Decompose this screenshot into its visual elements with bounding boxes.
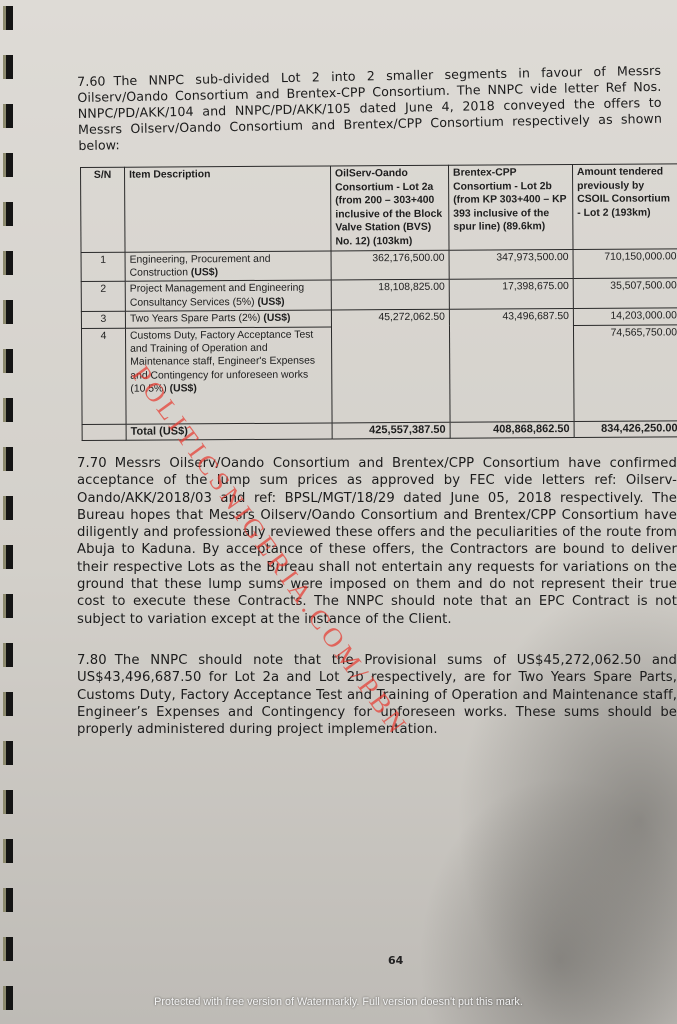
cell-description: Two Years Spare Parts (2%) (US$) xyxy=(125,310,331,328)
total-csoil: 834,426,250.00 xyxy=(574,420,677,437)
binding-hole xyxy=(3,251,13,275)
cell-csoil: 710,150,000.00 xyxy=(573,248,677,278)
page-number: 64 xyxy=(388,954,403,967)
binding-hole xyxy=(3,741,13,765)
cell-sn: 1 xyxy=(81,252,125,282)
header-sn: S/N xyxy=(81,167,126,252)
binding-hole xyxy=(3,6,13,30)
binding-hole xyxy=(3,545,13,569)
binding-hole xyxy=(3,643,13,667)
cell-lot2a: 45,272,062.50 xyxy=(331,309,450,422)
paragraph-number: 7.80 xyxy=(77,653,107,668)
binding-hole xyxy=(3,55,13,79)
paragraph-text: Messrs Oilserv/Oando Consortium and Bren… xyxy=(77,456,677,627)
binding-hole xyxy=(3,104,13,128)
header-description: Item Description xyxy=(125,166,332,252)
header-csoil: Amount tendered previously by CSOIL Cons… xyxy=(572,164,677,249)
paragraph-number: 7.60 xyxy=(77,73,106,89)
binding-hole xyxy=(3,839,13,863)
binding-hole xyxy=(3,398,13,422)
total-lot2a: 425,557,387.50 xyxy=(332,422,450,439)
description-text: Two Years Spare Parts (2%) xyxy=(130,313,261,325)
cell-lot2b: 347,973,500.00 xyxy=(449,249,573,280)
document-page: 7.60The NNPC sub-divided Lot 2 into 2 sm… xyxy=(0,0,677,1024)
table-row: 1 Engineering, Procurement and Construct… xyxy=(81,248,677,281)
table-header-row: S/N Item Description OilServ-Oando Conso… xyxy=(81,164,677,252)
paragraph-7-70: 7.70Messrs Oilserv/Oando Consortium and … xyxy=(77,455,677,628)
binding-holes xyxy=(0,0,16,1024)
binding-hole xyxy=(3,447,13,471)
binding-hole xyxy=(3,790,13,814)
unit-label: (US$) xyxy=(263,313,290,324)
watermarkly-notice: Protected with free version of Watermark… xyxy=(0,996,677,1008)
cell-csoil: 74,565,750.00 xyxy=(573,324,677,421)
cell-description: Engineering, Procurement and Constructio… xyxy=(125,251,331,282)
cell-csoil: 35,507,500.00 xyxy=(573,278,677,308)
cell-description: Project Management and Engineering Consu… xyxy=(125,280,331,311)
total-label: Total (US$) xyxy=(126,423,332,441)
header-lot2a: OilServ-Oando Consortium - Lot 2a (from … xyxy=(330,165,449,250)
binding-hole xyxy=(3,202,13,226)
paragraph-text: The NNPC sub-divided Lot 2 into 2 smalle… xyxy=(77,63,662,153)
binding-hole xyxy=(3,349,13,373)
cell-lot2b: 17,398,675.00 xyxy=(449,279,573,310)
paragraph-7-60: 7.60The NNPC sub-divided Lot 2 into 2 sm… xyxy=(77,63,662,154)
binding-hole xyxy=(3,692,13,716)
cell-sn: 4 xyxy=(81,328,126,424)
table-row: 2 Project Management and Engineering Con… xyxy=(81,278,677,311)
binding-hole xyxy=(3,594,13,618)
binding-hole xyxy=(3,300,13,324)
binding-hole xyxy=(3,496,13,520)
header-lot2b: Brentex-CPP Consortium - Lot 2b (from KP… xyxy=(448,164,573,249)
cell-csoil: 14,203,000.00 xyxy=(573,308,677,325)
cell-sn-empty xyxy=(82,424,126,441)
unit-label: (US$) xyxy=(191,267,218,278)
cell-lot2b: 43,496,687.50 xyxy=(449,309,574,422)
total-lot2b: 408,868,862.50 xyxy=(450,421,574,438)
unit-label: (US$) xyxy=(257,297,284,308)
binding-hole xyxy=(3,888,13,912)
cell-sn: 2 xyxy=(81,282,125,312)
cell-sn: 3 xyxy=(81,311,125,328)
binding-hole xyxy=(3,153,13,177)
cell-lot2a: 362,176,500.00 xyxy=(331,250,449,281)
paragraph-number: 7.70 xyxy=(77,456,107,471)
binding-hole xyxy=(3,937,13,961)
cell-lot2a: 18,108,825.00 xyxy=(331,280,449,311)
